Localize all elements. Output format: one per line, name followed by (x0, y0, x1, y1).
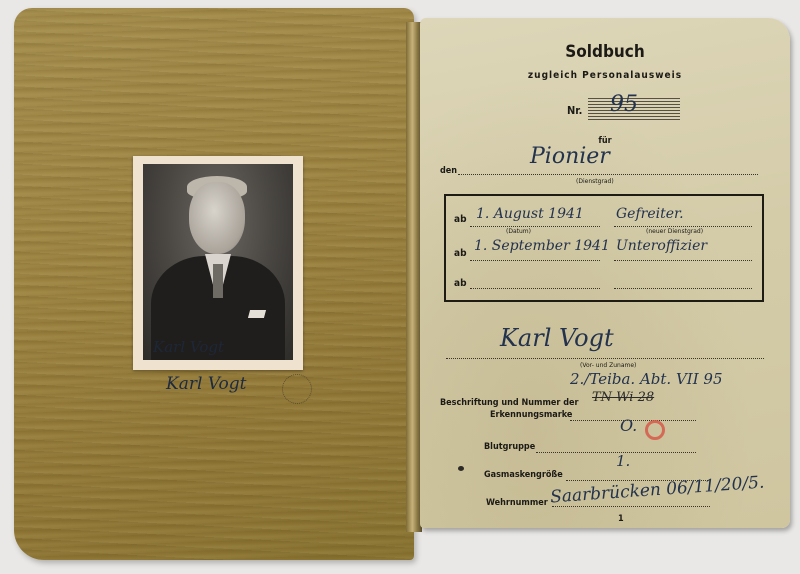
promotion-3-date-line (470, 288, 600, 289)
tag-value: 2./Teiba. Abt. VII 95 (570, 370, 723, 388)
promotion-1-date-line (470, 226, 600, 227)
rank-line (458, 174, 758, 175)
promotion-1-rank: Gefreiter. (616, 206, 684, 222)
wehrnummer-line (552, 506, 710, 507)
cover-signature: Karl Vogt (166, 374, 246, 394)
rank-value: Pionier (530, 144, 610, 169)
gasmask-value: 1. (616, 452, 630, 470)
name-line (446, 358, 764, 359)
promotion-2-rank: Unteroffizier (616, 238, 707, 254)
date-caption: (Datum) (506, 228, 531, 235)
promotion-1-label: ab (454, 214, 467, 225)
nr-label: Nr. (567, 104, 582, 117)
promotion-3-label: ab (454, 278, 467, 289)
tag-value-struck: TN Wi 28 (592, 390, 654, 405)
portrait-image: Karl Vogt (143, 164, 293, 360)
blood-label: Blutgruppe (484, 442, 535, 452)
wehrnummer-value: Saarbrücken 06/11/20/5. (550, 473, 765, 508)
rank-caption: (Dienstgrad) (576, 178, 614, 185)
ink-blot (458, 466, 464, 471)
new-rank-caption: (neuer Dienstgrad) (646, 228, 703, 235)
red-circle-mark (645, 420, 665, 440)
portrait-photo: Karl Vogt (133, 156, 303, 370)
promotion-2-date-line (470, 260, 600, 261)
nr-value: 95 (610, 92, 638, 117)
pocket-square-shape (248, 310, 266, 318)
page-title: Soldbuch (420, 42, 790, 62)
tag-label-line1: Beschriftung und Nummer der (440, 398, 579, 408)
name-caption: (Vor- und Zuname) (580, 362, 636, 369)
page-number: 1 (618, 514, 624, 524)
tie-shape (213, 264, 223, 298)
stamp-mark (282, 374, 312, 404)
promotion-box: ab 1. August 1941 Gefreiter. (Datum) (ne… (444, 194, 764, 302)
promotion-1-rank-line (614, 226, 752, 227)
name-value: Karl Vogt (500, 324, 614, 352)
blood-value: O. (620, 416, 637, 435)
gasmask-label: Gasmaskengröße (484, 470, 563, 480)
soldbuch-page: Soldbuch zugleich Personalausweis Nr. 95… (420, 18, 790, 528)
promotion-2-rank-line (614, 260, 752, 261)
den-label: den (440, 166, 457, 176)
promotion-2-label: ab (454, 248, 467, 259)
head-shape (189, 182, 245, 254)
wehrnummer-label: Wehrnummer (486, 498, 548, 508)
promotion-3-rank-line (614, 288, 752, 289)
promotion-2-date: 1. September 1941 (474, 238, 610, 254)
photo-signature: Karl Vogt (153, 338, 224, 356)
tag-label-line2: Erkennungsmarke (490, 410, 572, 420)
page-subtitle: zugleich Personalausweis (420, 70, 790, 81)
promotion-1-date: 1. August 1941 (476, 206, 584, 222)
